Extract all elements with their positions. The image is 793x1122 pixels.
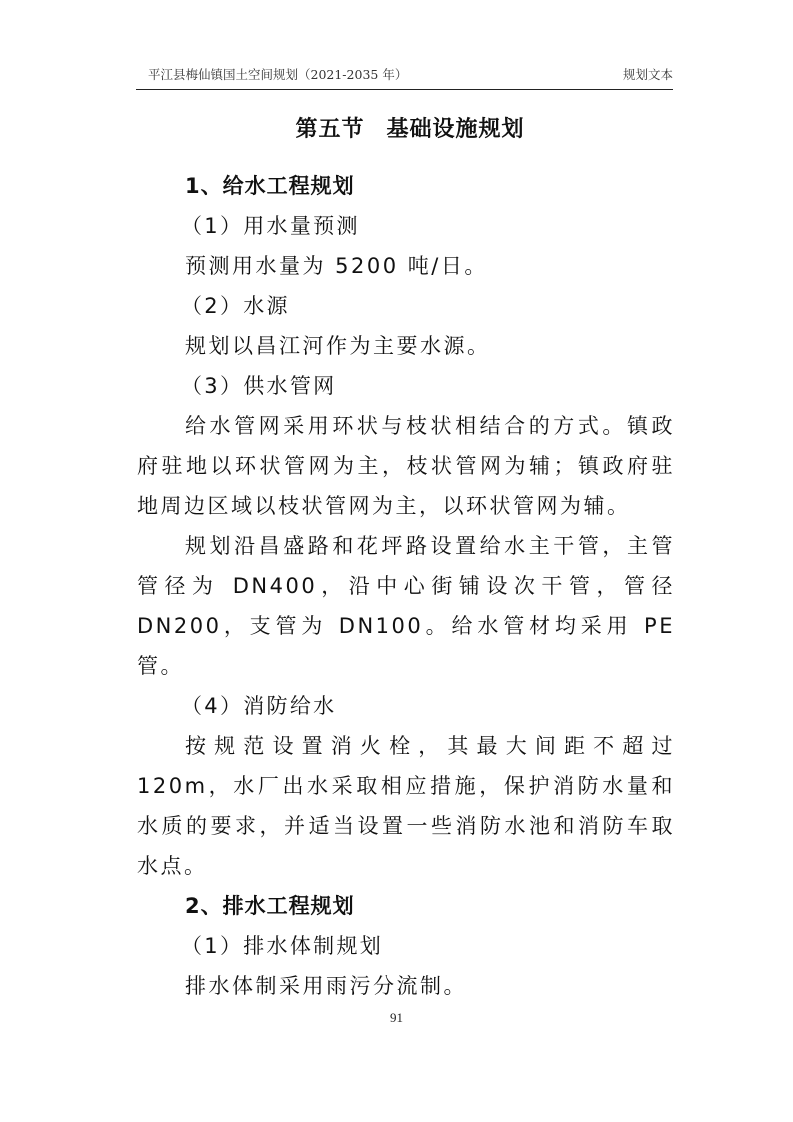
header-document-title: 平江县梅仙镇国土空间规划（2021-2035 年）	[148, 65, 407, 83]
section-title: 第五节基础设施规划	[137, 108, 675, 152]
paragraph-water-source: 规划以昌江河作为主要水源。	[137, 326, 675, 366]
section-number: 第五节	[295, 117, 364, 142]
subsection-heading-water-supply: 1、给水工程规划	[137, 166, 675, 206]
section-name: 基础设施规划	[387, 117, 525, 142]
paragraph-main-pipes: 规划沿昌盛路和花坪路设置给水主干管，主管管径为 DN400，沿中心街铺设次干管，…	[137, 526, 675, 686]
item-heading-drainage-system: （1）排水体制规划	[137, 926, 675, 966]
item-heading-water-source: （2）水源	[137, 286, 675, 326]
paragraph-fire-hydrants: 按规范设置消火栓，其最大间距不超过 120m，水厂出水采取相应措施，保护消防水量…	[137, 726, 675, 886]
item-heading-fire-water: （4）消防给水	[137, 686, 675, 726]
page-header: 平江县梅仙镇国土空间规划（2021-2035 年） 规划文本	[136, 62, 673, 90]
item-heading-supply-network: （3）供水管网	[137, 366, 675, 406]
page-content: 第五节基础设施规划 1、给水工程规划 （1）用水量预测 预测用水量为 5200 …	[137, 108, 675, 1006]
paragraph-drainage-system: 排水体制采用雨污分流制。	[137, 966, 675, 1006]
header-document-type: 规划文本	[623, 65, 673, 83]
subsection-heading-drainage: 2、排水工程规划	[137, 886, 675, 926]
item-heading-water-demand: （1）用水量预测	[137, 206, 675, 246]
page-number: 91	[0, 1010, 793, 1026]
paragraph-water-demand: 预测用水量为 5200 吨/日。	[137, 246, 675, 286]
paragraph-network-layout: 给水管网采用环状与枝状相结合的方式。镇政府驻地以环状管网为主，枝状管网为辅；镇政…	[137, 406, 675, 526]
